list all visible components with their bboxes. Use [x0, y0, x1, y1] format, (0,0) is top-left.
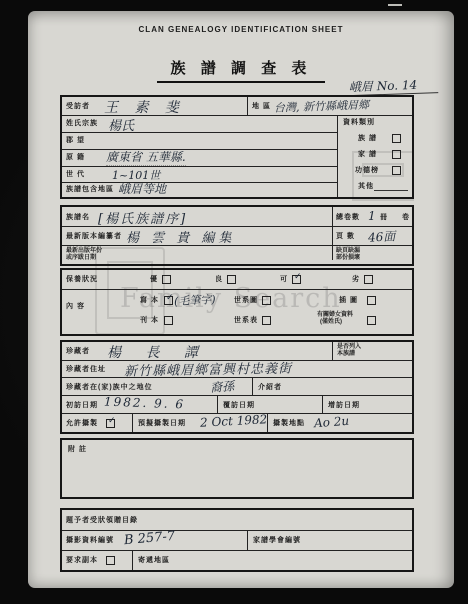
owner-address-value: 新竹縣峨眉鄉富興村忠義街	[124, 358, 292, 380]
clan-value: 楊氏	[108, 115, 134, 134]
listed-label-line2: 本族譜	[337, 351, 355, 358]
volumes-unit-juan: 卷	[402, 214, 410, 222]
section-identity: 受訪者 王 素 斐 地 區 台灣, 新竹縣峨眉鄉 姓氏宗族 楊氏 郡 望 原 籍…	[60, 95, 414, 199]
cond-liang-label: 良	[215, 276, 223, 284]
planned-filming-date-value: 2 Oct 1982	[200, 412, 268, 429]
planned-filming-date-label: 預擬攝製日期	[138, 420, 186, 428]
compiler-label: 最新版本編纂者	[66, 233, 122, 241]
owner-position-label: 珍藏者在(家)族中之地位	[66, 384, 153, 392]
cond-lie-label: 劣	[352, 276, 360, 284]
introducer-label: 介紹者	[258, 384, 282, 392]
first-visit-label: 初訪日期	[66, 402, 98, 410]
pages-value: 46面	[368, 227, 396, 245]
category-item-gongdebang: 功德榜	[355, 167, 379, 175]
checkbox-lineage-table	[262, 316, 271, 325]
section-notes: 附 註	[60, 438, 414, 499]
category-label: 資料類別	[343, 119, 375, 127]
region-label: 地 區	[252, 103, 271, 111]
cond-you-label: 優	[150, 276, 158, 284]
condition-label: 保養狀況	[66, 276, 98, 284]
owner-label: 珍藏者	[66, 348, 90, 356]
interviewee-value: 王 素 斐	[104, 97, 185, 117]
junwang-label: 郡 望	[66, 137, 85, 145]
category-item-jiapu: 家 譜	[358, 151, 377, 159]
content-illustrations-label: 插 圖	[339, 297, 358, 305]
form-header: CLAN GENEALOGY IDENTIFICATION SHEET	[28, 25, 454, 34]
content-manuscript-label: 寫 本	[140, 297, 159, 305]
additional-visit-label: 增訪日期	[328, 402, 360, 410]
checkbox-cond-you	[162, 275, 171, 284]
content-printed-label: 刊 本	[140, 317, 159, 325]
content-women-label-line1: 有關婦女資料	[317, 312, 353, 319]
checkbox-gongdebang	[392, 166, 401, 175]
volumes-value: 1	[368, 209, 376, 223]
owner-address-label: 珍藏者住址	[66, 366, 106, 374]
revisit-label: 覆訪日期	[223, 402, 255, 410]
owner-position-value: 裔孫	[209, 377, 234, 396]
section-condition: 保養狀況 優 良 可 ✓ 劣 內 容 寫 本 ✓ (毛筆字) 世系圖 插 圖 刊…	[60, 268, 414, 336]
checkbox-filming-permit: ✓	[106, 419, 115, 428]
notes-label: 附 註	[68, 446, 87, 454]
areas-label: 族譜包含地區	[66, 186, 114, 194]
document-number: 峨眉 No. 14	[328, 75, 439, 97]
pubdate-label-line2: 或序跋日期	[66, 255, 96, 262]
pubdate-label-line1: 最新出版年份	[66, 248, 102, 255]
film-number-label: 攝影資料編號	[66, 537, 114, 545]
pages-label: 頁 數	[336, 233, 355, 241]
origin-value: 廣東省 五華縣.	[106, 148, 186, 166]
donation-catalog-label: 題予者受狀領贈目錄	[66, 517, 138, 525]
compiler-value: 楊 雲 貴 編集	[126, 227, 235, 246]
section-owner: 珍藏者 楊 長 譚 是否列入 本族譜 珍藏者住址 新竹縣峨眉鄉富興村忠義街 珍藏…	[60, 340, 414, 434]
interviewee-label: 受訪者	[66, 103, 90, 111]
checkbox-copy-request	[106, 556, 115, 565]
first-visit-value: 1982. 9. 6	[104, 395, 186, 412]
listed-label-line1: 是否列入	[337, 344, 361, 351]
region-value: 台灣, 新竹縣峨眉鄉	[274, 96, 370, 115]
scan-artifact	[388, 4, 402, 6]
checkbox-printed	[164, 316, 173, 325]
checkbox-jiapu	[392, 150, 401, 159]
cond-ke-label: 可	[280, 276, 288, 284]
volumes-label: 總卷數	[336, 214, 360, 222]
book-name-label: 族譜名	[66, 214, 90, 222]
checkbox-manuscript: ✓	[164, 296, 173, 305]
content-lineage-table-label: 世系表	[234, 317, 258, 325]
checkbox-cond-ke: ✓	[292, 275, 301, 284]
filming-permit-label: 允許攝製	[66, 420, 98, 428]
content-lineage-chart-label: 世系圖	[234, 297, 258, 305]
society-number-label: 家譜學會編號	[253, 537, 301, 545]
copy-request-label: 要求副本	[66, 557, 98, 565]
checkbox-zupu	[392, 134, 401, 143]
missing-label-line2: 部份損壞	[336, 255, 360, 262]
filming-place-value: Ao 2u	[314, 414, 350, 430]
generations-label: 世 代	[66, 171, 85, 179]
checkbox-cond-liang	[227, 275, 236, 284]
section-book-info: 族譜名 [楊氏族譜序] 總卷數 1 冊 卷 最新版本編纂者 楊 雲 貴 編集 頁…	[60, 205, 414, 266]
missing-label-line1: 缺頁缺漏	[336, 248, 360, 255]
checkbox-illustrations	[367, 296, 376, 305]
delivery-area-label: 寄遞地區	[138, 557, 170, 565]
form-title: 族 譜 調 查 表	[157, 57, 326, 83]
areas-value: 峨眉等地	[118, 180, 166, 197]
book-name-value: [楊氏族譜序]	[98, 208, 187, 227]
filming-place-label: 攝製地點	[273, 420, 305, 428]
category-other-line	[374, 190, 408, 191]
checkbox-women-data	[367, 316, 376, 325]
paper: CLAN GENEALOGY IDENTIFICATION SHEET 族 譜 …	[28, 11, 454, 588]
contents-label: 內 容	[66, 303, 85, 311]
content-women-label-line2: (僅姓氏)	[320, 319, 342, 326]
category-other-label: 其他	[358, 183, 374, 191]
checkbox-lineage-chart	[262, 296, 271, 305]
category-item-zupu: 族 譜	[358, 135, 377, 143]
checkbox-cond-lie	[364, 275, 373, 284]
volumes-unit-ce: 冊	[380, 214, 388, 222]
section-cataloging: 題予者受狀領贈目錄 攝影資料編號 B 257-7 家譜學會編號 要求副本 寄遞地…	[60, 508, 414, 572]
film-number-value: B 257-7	[123, 529, 175, 548]
manuscript-note: (毛筆字)	[174, 291, 216, 309]
origin-label: 原 籍	[66, 154, 85, 162]
clan-label: 姓氏宗族	[66, 120, 98, 128]
